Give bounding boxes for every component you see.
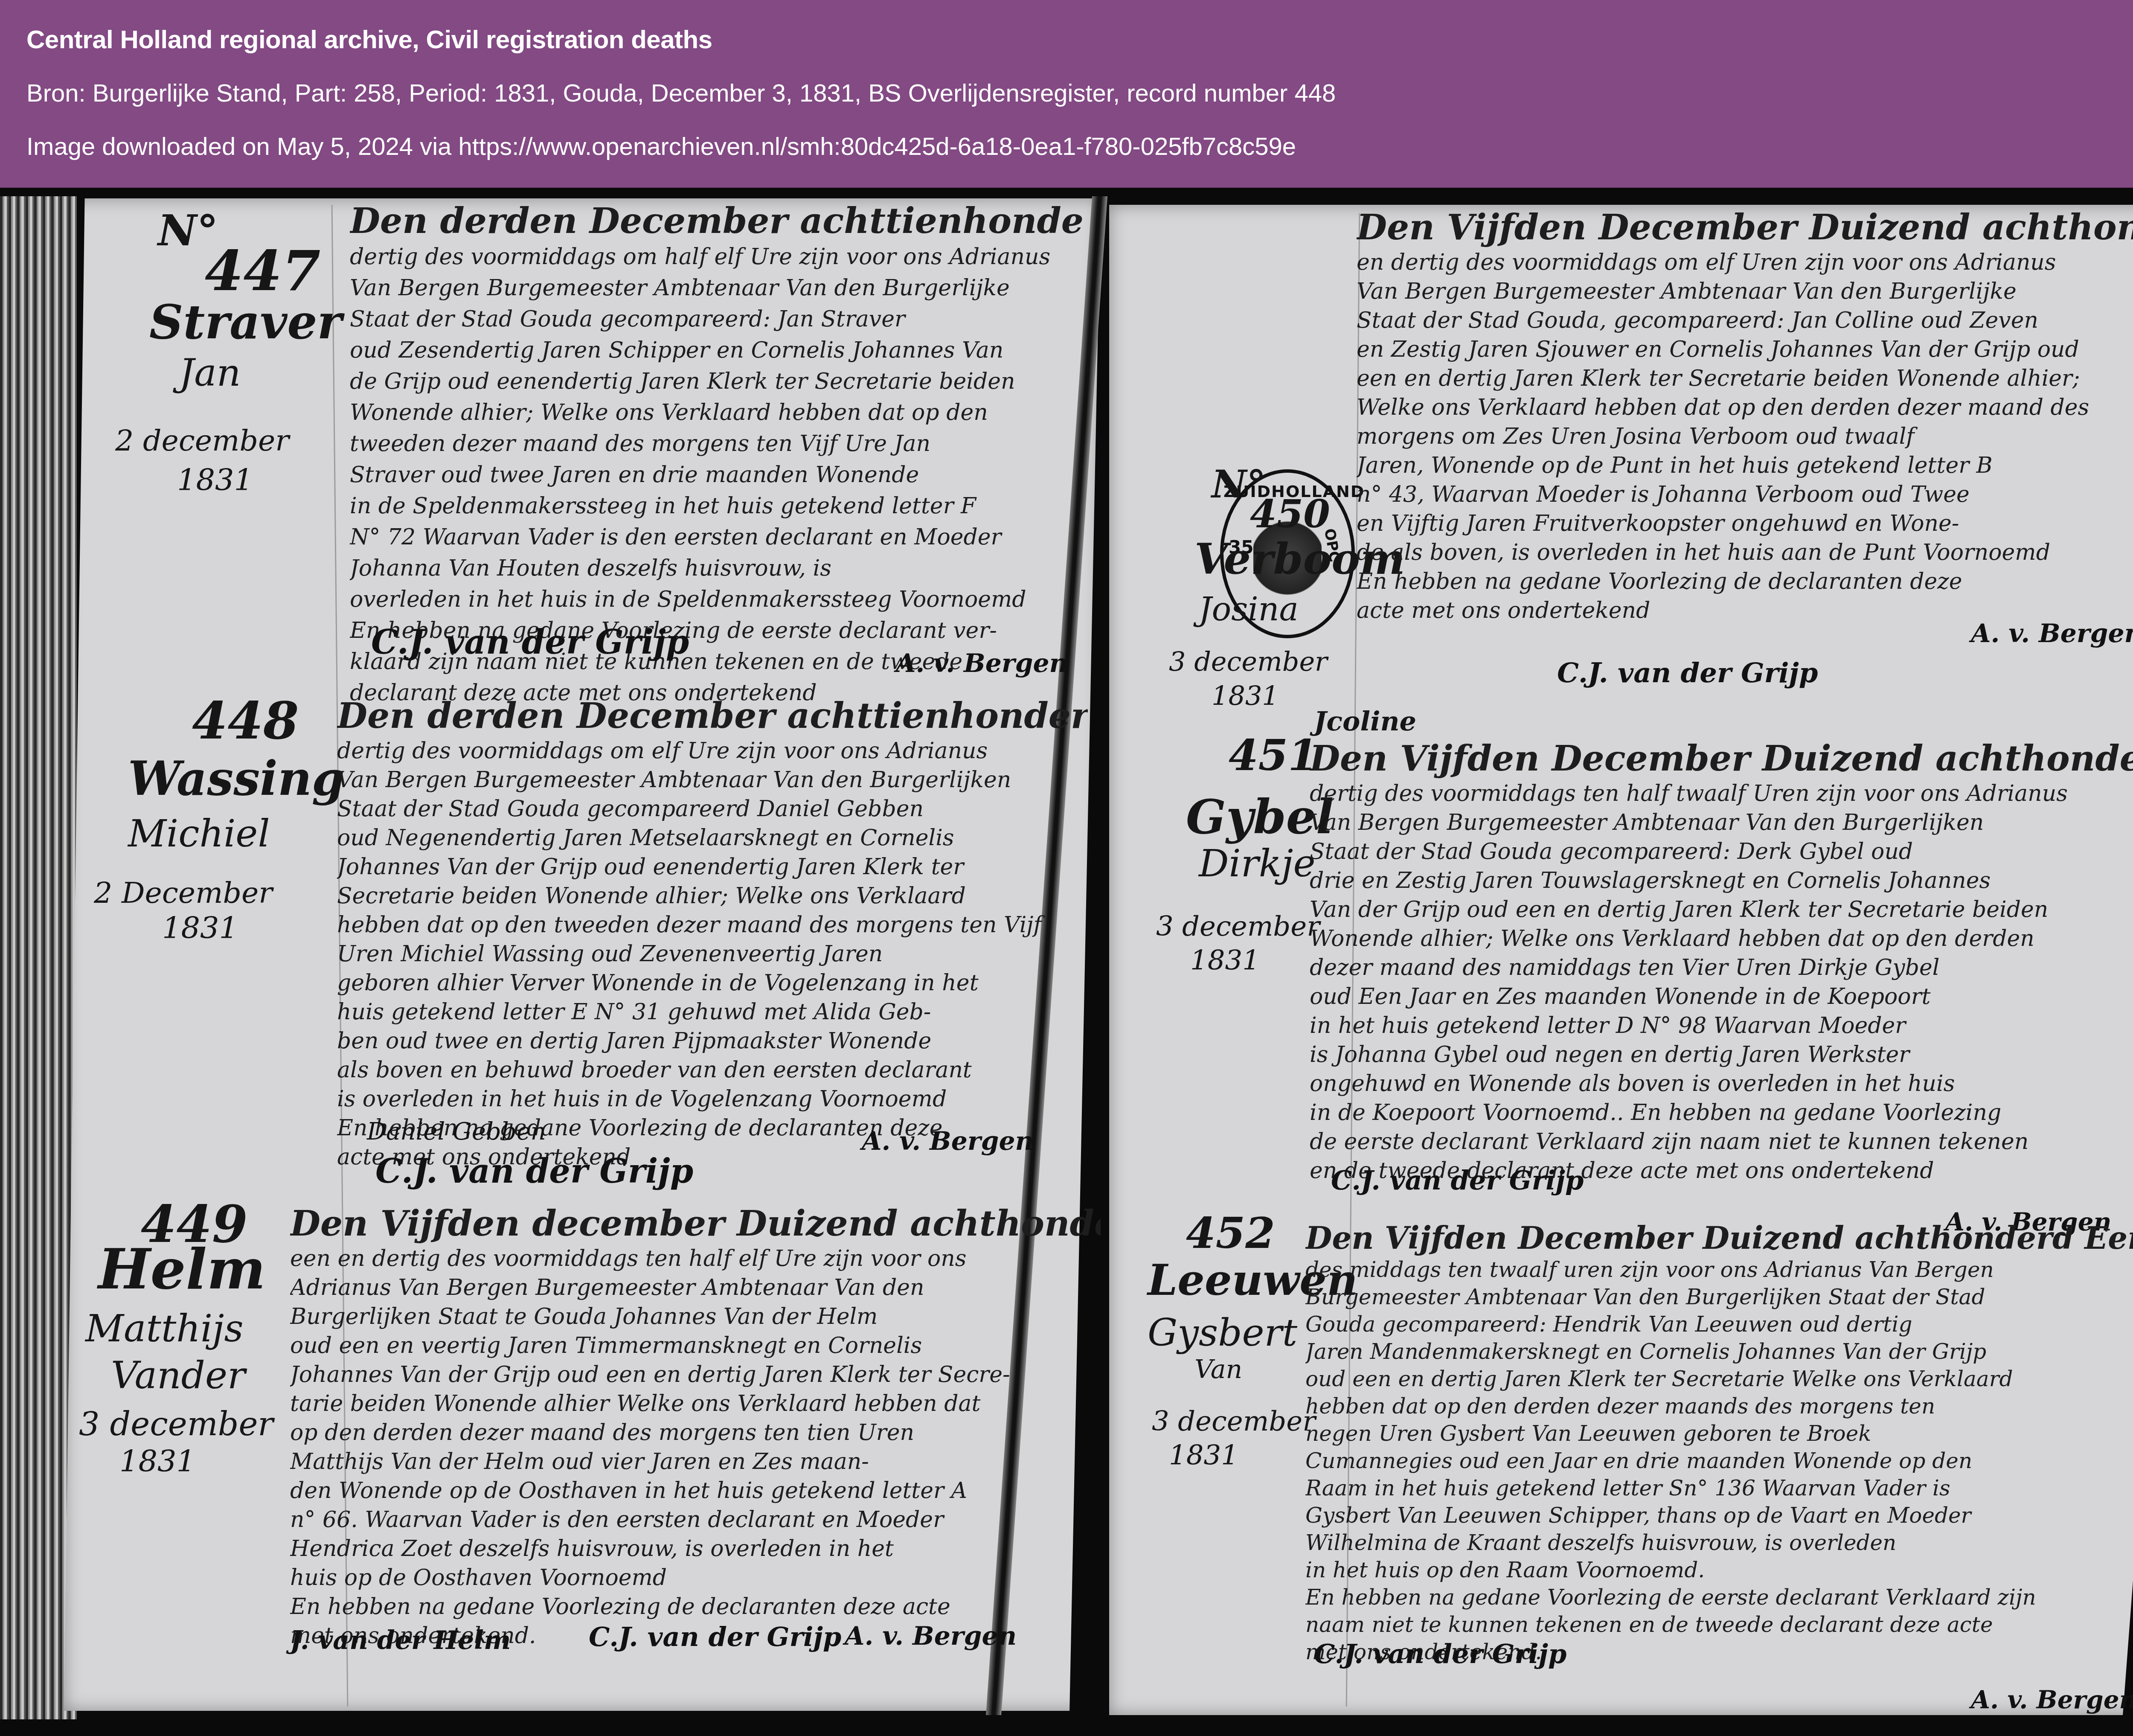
- entry-line: Wonende alhier; Welke ons Verklaard hebb…: [350, 397, 1084, 428]
- archive-title: Central Holland regional archive, Civil …: [26, 25, 712, 54]
- entry-449-lead: Den Vijfden december Duizend achthonderd: [290, 1203, 1101, 1244]
- download-note: Image downloaded on May 5, 2024 via http…: [26, 132, 1296, 161]
- entry-line: en dertig des voormiddags om elf Uren zi…: [1357, 248, 2133, 277]
- entry-line: Burgerlijken Staat te Gouda Johannes Van…: [290, 1302, 1101, 1331]
- entry-line: in het huis op den Raam Voornoemd.: [1305, 1556, 2133, 1584]
- entry-448-number: 448: [192, 695, 299, 747]
- entry-line: in het huis getekend letter D N° 98 Waar…: [1310, 1011, 2133, 1040]
- entry-447-date: 2 december: [115, 427, 289, 456]
- entry-line: dertig des voormiddags om half elf Ure z…: [350, 241, 1084, 273]
- register-scan: 91 ZUIDHOLLAND 35 OPC N° 447 Straver Jan…: [0, 188, 2133, 1736]
- entry-452-given-name: Gysbert: [1148, 1314, 1297, 1352]
- entry-452-signature-mayor: A. v. Bergen: [1971, 1685, 2133, 1714]
- book-page-edges: [0, 196, 77, 1719]
- entry-line: den Wonende op de Oosthaven in het huis …: [290, 1476, 1101, 1505]
- entry-line: dertig des voormiddags ten half twaalf U…: [1310, 779, 2133, 808]
- entry-line: dezer maand des namiddags ten Vier Uren …: [1310, 953, 2133, 982]
- entry-449-signature-declarant: J. van der Helm: [290, 1626, 511, 1655]
- entry-451-date: 3 december: [1156, 913, 1320, 940]
- entry-451-signature-clerk: C.J. van der Grijp: [1331, 1165, 1584, 1196]
- entry-line: Jaren, Wonende op de Punt in het huis ge…: [1357, 451, 2133, 480]
- entry-line: ongehuwd en Wonende als boven is overled…: [1310, 1069, 2133, 1098]
- entry-447-lead: Den derden December achttienhonderd Een …: [350, 201, 1084, 241]
- entry-line: als boven en behuwd broeder van den eers…: [337, 1056, 1088, 1085]
- entry-451-text: Den Vijfden December Duizend achthonderd…: [1310, 738, 2133, 1185]
- entry-line: Johannes Van der Grijp oud eenendertig J…: [337, 852, 1088, 881]
- entry-451-lead: Den Vijfden December Duizend achthonderd…: [1310, 738, 2133, 779]
- entry-line: huis getekend letter E N° 31 gehuwd met …: [337, 997, 1088, 1026]
- entry-line: in de Koepoort Voornoemd.. En hebben na …: [1310, 1098, 2133, 1127]
- entry-line: En hebben na gedane Voorlezing de eerste…: [1305, 1584, 2133, 1611]
- entry-449-date: 3 december: [79, 1408, 273, 1440]
- entry-448-lead: Den derden December achttienhonderd Eene…: [337, 695, 1088, 736]
- entry-450-date: 3 december: [1169, 648, 1328, 675]
- entry-line: En hebben na gedane Voorlezing de declar…: [1357, 567, 2133, 596]
- entry-line: Staat der Stad Gouda gecompareerd: Derk …: [1310, 837, 2133, 866]
- entry-448-given-name: Michiel: [128, 815, 270, 852]
- entry-451-number: 451: [1229, 734, 1318, 776]
- entry-line: Gysbert Van Leeuwen Schipper, thans op d…: [1305, 1502, 2133, 1529]
- entry-450-year: 1831: [1212, 683, 1279, 709]
- entry-line: Wilhelmina de Kraant deszelfs huisvrouw,…: [1305, 1529, 2133, 1556]
- entry-line: Johanna Van Houten deszelfs huisvrouw, i…: [350, 553, 1084, 584]
- entry-450-number: 450: [1250, 495, 1330, 533]
- entry-line: oud Een Jaar en Zes maanden Wonende in d…: [1310, 982, 2133, 1011]
- source-citation: Bron: Burgerlijke Stand, Part: 258, Peri…: [26, 79, 1336, 108]
- entry-line: Straver oud twee Jaren en drie maanden W…: [350, 459, 1084, 491]
- entry-line: Burgemeester Ambtenaar Van den Burgerlij…: [1305, 1283, 2133, 1311]
- entry-line: Wonende alhier; Welke ons Verklaard hebb…: [1310, 924, 2133, 953]
- entry-line: Staat der Stad Gouda gecompareerd: Jan S…: [350, 304, 1084, 335]
- entry-line: op den derden dezer maand des morgens te…: [290, 1418, 1101, 1447]
- entry-line: n° 43, Waarvan Moeder is Johanna Verboom…: [1357, 480, 2133, 509]
- entry-line: Van Bergen Burgemeester Ambtenaar Van de…: [337, 765, 1088, 794]
- entry-448-signature-mayor: A. v. Bergen: [862, 1126, 1034, 1156]
- entry-line: Gouda gecompareerd: Hendrik Van Leeuwen …: [1305, 1311, 2133, 1338]
- entry-line: Raam in het huis getekend letter Sn° 136…: [1305, 1474, 2133, 1502]
- entry-448-surname: Wassing: [128, 755, 345, 802]
- entry-447-signature-clerk: C.J. van der Grijp: [371, 623, 689, 662]
- entry-line: Staat der Stad Gouda gecompareerd Daniel…: [337, 794, 1088, 823]
- entry-449-surname: Helm: [98, 1242, 265, 1297]
- entry-line: Van Bergen Burgemeester Ambtenaar Van de…: [350, 273, 1084, 304]
- entry-450-annotation: Jcoline: [1314, 708, 1416, 735]
- entry-line: drie en Zestig Jaren Touwslagersknegt en…: [1310, 866, 2133, 895]
- entry-line: hebben dat op den tweeden dezer maand de…: [337, 910, 1088, 939]
- entry-450-lead: Den Vijfden December Duizend achthonderd…: [1357, 207, 2133, 248]
- entry-449-signature-mayor: A. v. Bergen: [845, 1621, 1017, 1651]
- entry-line: dertig des voormiddags om elf Ure zijn v…: [337, 736, 1088, 765]
- entry-line: de als boven, is overleden in het huis a…: [1357, 538, 2133, 567]
- entry-450-given-name: Josina: [1199, 593, 1299, 625]
- entry-447-number: 447: [205, 243, 320, 299]
- entry-line: Adrianus Van Bergen Burgemeester Ambtena…: [290, 1273, 1101, 1302]
- entry-line: en Vijftig Jaren Fruitverkoopster ongehu…: [1357, 509, 2133, 538]
- entry-447-year: 1831: [177, 465, 253, 495]
- entry-448-signature-declarant: Daniel Gebben: [367, 1118, 546, 1146]
- entry-line: de eerste declarant Verklaard zijn naam …: [1310, 1127, 2133, 1156]
- entry-line: oud een en dertig Jaren Klerk ter Secret…: [1305, 1365, 2133, 1393]
- entry-452-number: 452: [1186, 1212, 1275, 1254]
- entry-line: Jaren Mandenmakersknegt en Cornelis Joha…: [1305, 1338, 2133, 1365]
- entry-line: oud een en veertig Jaren Timmermansknegt…: [290, 1331, 1101, 1360]
- entry-line: negen Uren Gysbert Van Leeuwen geboren t…: [1305, 1420, 2133, 1447]
- entry-line: Van Bergen Burgemeester Ambtenaar Van de…: [1310, 808, 2133, 837]
- entry-449-given-name-2: Vander: [111, 1357, 245, 1394]
- entry-line: Staat der Stad Gouda, gecompareerd: Jan …: [1357, 306, 2133, 335]
- entry-line: tweeden dezer maand des morgens ten Vijf…: [350, 428, 1084, 459]
- entry-line: overleden in het huis in de Speldenmaker…: [350, 584, 1084, 615]
- entry-line: en Zestig Jaren Sjouwer en Cornelis Joha…: [1357, 335, 2133, 364]
- entry-448-text: Den derden December achttienhonderd Eene…: [337, 695, 1088, 1172]
- entry-450-text: Den Vijfden December Duizend achthonderd…: [1357, 207, 2133, 625]
- entry-448-year: 1831: [162, 913, 238, 943]
- entry-448-signature-clerk: C.J. van der Grijp: [375, 1152, 693, 1191]
- entry-line: is Johanna Gybel oud negen en dertig Jar…: [1310, 1040, 2133, 1069]
- entry-line: Van der Grijp oud een en dertig Jaren Kl…: [1310, 895, 2133, 924]
- entry-line: Welke ons Verklaard hebben dat op den de…: [1357, 393, 2133, 422]
- entry-line: morgens om Zes Uren Josina Verboom oud t…: [1357, 422, 2133, 451]
- entry-line: is overleden in het huis in de Vogelenza…: [337, 1085, 1088, 1114]
- entry-452-text: Den Vijfden December Duizend achthonderd…: [1305, 1220, 2133, 1666]
- entry-450-signature-clerk: C.J. van der Grijp: [1557, 657, 1818, 689]
- entry-447-surname: Straver: [149, 299, 342, 346]
- entry-448-date: 2 December: [94, 879, 273, 908]
- entry-449-text: Den Vijfden december Duizend achthonderd…: [290, 1203, 1101, 1650]
- entry-line: Van Bergen Burgemeester Ambtenaar Van de…: [1357, 277, 2133, 306]
- entry-line: Hendrica Zoet deszelfs huisvrouw, is ove…: [290, 1534, 1101, 1563]
- entry-451-given-name: Dirkje: [1199, 845, 1315, 882]
- entry-447-given-name: Jan: [179, 354, 241, 392]
- entry-line: ben oud twee en dertig Jaren Pijpmaakste…: [337, 1026, 1088, 1056]
- entry-line: oud Negenendertig Jaren Metselaarsknegt …: [337, 823, 1088, 852]
- entry-452-signature-clerk: C.J. van der Grijp: [1314, 1638, 1566, 1669]
- entry-line: Secretarie beiden Wonende alhier; Welke …: [337, 881, 1088, 910]
- entry-449-given-name: Matthijs: [85, 1310, 244, 1347]
- entry-451-year: 1831: [1190, 947, 1260, 974]
- entry-452-given-name-2: Van: [1194, 1357, 1242, 1382]
- caption-banner: Central Holland regional archive, Civil …: [0, 0, 2133, 188]
- entry-line: hebben dat op den derden dezer maands de…: [1305, 1393, 2133, 1420]
- entry-line: naam niet te kunnen tekenen en de tweede…: [1305, 1611, 2133, 1638]
- entry-450-signature-mayor: A. v. Bergen: [1971, 619, 2133, 648]
- entry-452-lead: Den Vijfden December Duizend achthonderd…: [1305, 1220, 2133, 1256]
- entry-line: N° 72 Waarvan Vader is den eersten decla…: [350, 522, 1084, 553]
- entry-line: tarie beiden Wonende alhier Welke ons Ve…: [290, 1389, 1101, 1418]
- entry-447-signature-mayor: A. v. Bergen: [896, 648, 1068, 678]
- entry-452-date: 3 december: [1152, 1408, 1316, 1435]
- entry-line: in de Speldenmakerssteeg in het huis get…: [350, 491, 1084, 522]
- entry-line: des middags ten twaalf uren zijn voor on…: [1305, 1256, 2133, 1283]
- entry-line: Johannes Van der Grijp oud een en dertig…: [290, 1360, 1101, 1389]
- entry-line: Matthijs Van der Helm oud vier Jaren en …: [290, 1447, 1101, 1476]
- entry-449-signature-clerk: C.J. van der Grijp: [589, 1621, 841, 1652]
- entry-line: huis op de Oosthaven Voornoemd: [290, 1563, 1101, 1592]
- entry-line: een en dertig Jaren Klerk ter Secretarie…: [1357, 364, 2133, 393]
- entry-line: En hebben na gedane Voorlezing de declar…: [290, 1592, 1101, 1621]
- entry-line: de Grijp oud eenendertig Jaren Klerk ter…: [350, 366, 1084, 397]
- entry-line: n° 66. Waarvan Vader is den eersten decl…: [290, 1505, 1101, 1534]
- entry-line: een en dertig des voormiddags ten half e…: [290, 1244, 1101, 1273]
- entry-line: oud Zesendertig Jaren Schipper en Cornel…: [350, 335, 1084, 366]
- entry-452-year: 1831: [1169, 1442, 1238, 1469]
- entry-line: Uren Michiel Wassing oud Zevenenveertig …: [337, 939, 1088, 968]
- entry-line: geboren alhier Verver Wonende in de Voge…: [337, 968, 1088, 997]
- entry-449-year: 1831: [119, 1446, 195, 1476]
- entry-line: Cumannegies oud een Jaar en drie maanden…: [1305, 1447, 2133, 1474]
